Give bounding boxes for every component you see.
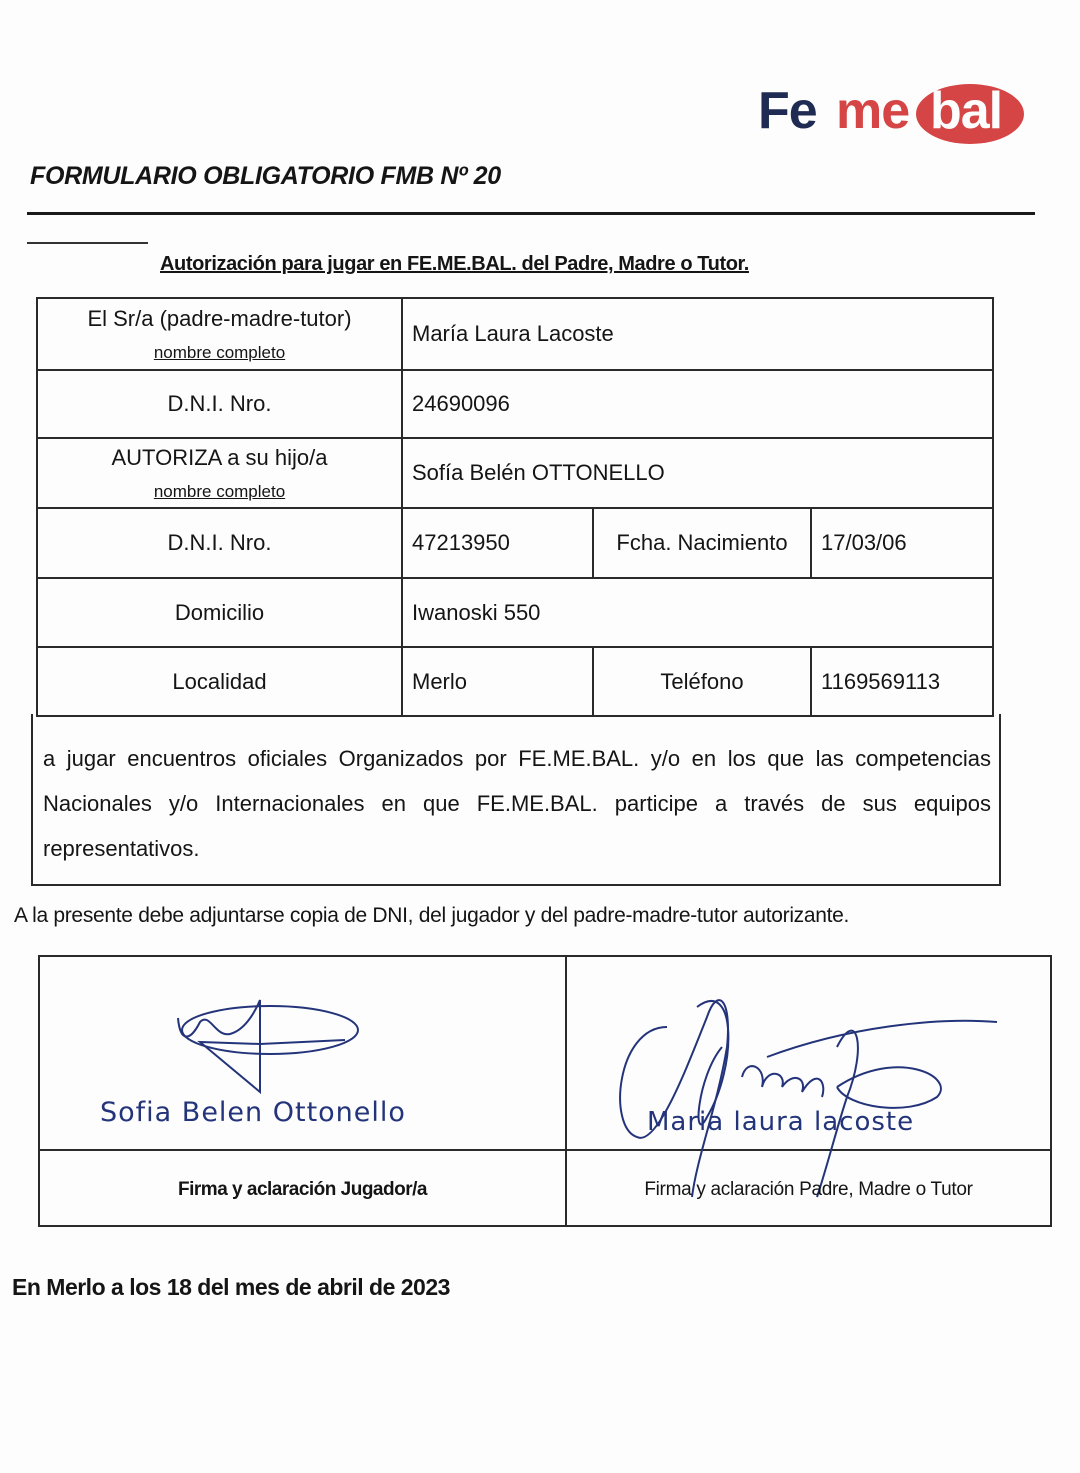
child-dni-label: D.N.I. Nro. [37,508,402,578]
guardian-clarification: Maria laura lacoste [647,1107,914,1137]
divider-short [27,242,148,244]
table-row: AUTORIZA a su hijo/a nombre completo Sof… [37,438,993,508]
attachment-note: A la presente debe adjuntarse copia de D… [14,904,849,928]
table-row: Localidad Merlo Teléfono 1169569113 [37,647,993,716]
player-signature-scribble-icon [160,992,360,1107]
table-row: D.N.I. Nro. 24690096 [37,370,993,438]
player-signature-area[interactable]: Sofia Belen Ottonello [40,957,565,1149]
player-clarification: Sofia Belen Ottonello [100,1097,406,1128]
phone-label: Teléfono [593,647,811,716]
table-row: Domicilio Iwanoski 550 [37,578,993,647]
child-name-label-cell: AUTORIZA a su hijo/a nombre completo [37,438,402,508]
guardian-dni-label: D.N.I. Nro. [37,370,402,438]
form-title: FORMULARIO OBLIGATORIO FMB Nº 20 [30,162,501,191]
player-signature-caption: Firma y aclaración Jugador/a [40,1179,565,1201]
guardian-dni-field[interactable]: 24690096 [402,370,993,438]
authorization-table: El Sr/a (padre-madre-tutor) nombre compl… [36,297,994,717]
birth-date-label: Fcha. Nacimiento [593,508,811,578]
guardian-signature-area[interactable]: Maria laura lacoste [567,957,1050,1149]
locality-field[interactable]: Merlo [402,647,593,716]
child-name-sublabel: nombre completo [38,483,401,501]
divider [27,212,1035,215]
logo-text-fe: Fe [758,82,817,140]
address-field[interactable]: Iwanoski 550 [402,578,993,647]
guardian-name-label: El Sr/a (padre-madre-tutor) [38,306,401,332]
place-and-date: En Merlo a los 18 del mes de abril de 20… [12,1274,450,1301]
child-dni-field[interactable]: 47213950 [402,508,593,578]
table-row: D.N.I. Nro. 47213950 Fcha. Nacimiento 17… [37,508,993,578]
child-name-field[interactable]: Sofía Belén OTTONELLO [402,438,993,508]
address-label: Domicilio [37,578,402,647]
locality-label: Localidad [37,647,402,716]
guardian-name-sublabel: nombre completo [38,344,401,362]
logo-text-bal: bal [930,82,1002,140]
guardian-name-label-cell: El Sr/a (padre-madre-tutor) nombre compl… [37,298,402,370]
authorization-text: a jugar encuentros oficiales Organizados… [31,714,1001,886]
phone-field[interactable]: 1169569113 [811,647,993,716]
guardian-signature-caption: Firma y aclaración Padre, Madre o Tutor [567,1179,1050,1201]
femebal-logo: Fe me bal [758,82,1030,144]
signature-table: Sofia Belen Ottonello Firma y aclaración… [38,955,1052,1227]
child-name-label: AUTORIZA a su hijo/a [38,445,401,471]
birth-date-field[interactable]: 17/03/06 [811,508,993,578]
form-subtitle: Autorización para jugar en FE.ME.BAL. de… [160,253,749,276]
guardian-name-field[interactable]: María Laura Lacoste [402,298,993,370]
table-row: El Sr/a (padre-madre-tutor) nombre compl… [37,298,993,370]
logo-text-me: me [836,82,909,140]
